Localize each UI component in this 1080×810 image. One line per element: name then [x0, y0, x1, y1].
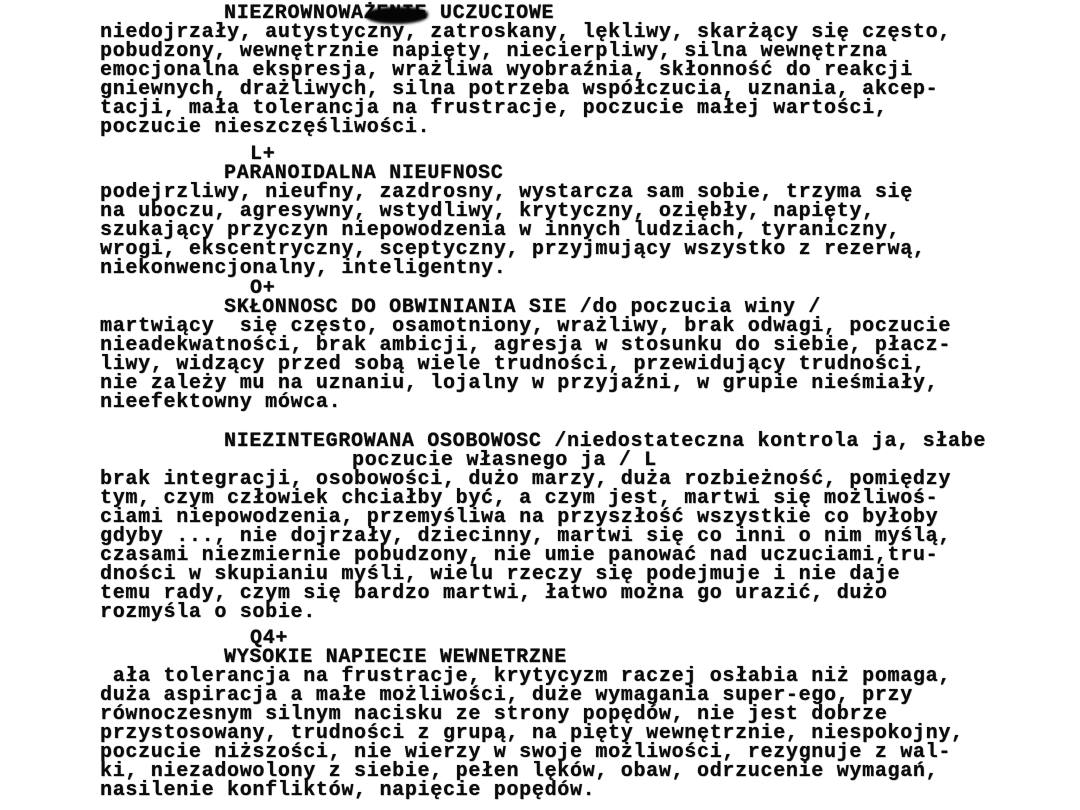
section-niezintegrowana-osobowosc: NIEZINTEGROWANA OSOBOWOSC /niedostateczn… [100, 432, 1030, 622]
text-line: nasilenie konfliktów, napięcie popędów. [100, 781, 1030, 800]
ink-smudge [366, 7, 428, 24]
section-paranoidalna-nieufnosc: L+ PARANOIDALNA NIEUFNOSC podejrzliwy, n… [100, 145, 1030, 278]
section-niezrownowazenie-uczuciowe: NIEZROWNOWAŻENIE UCZUCIOWE niedojrzały, … [100, 4, 1030, 137]
text-line: rozmyśla o sobie. [100, 603, 1030, 622]
text-line: poczucie nieszczęśliwości. [100, 118, 1030, 137]
section-sklonnosc-do-obwiniania-sie: O+ SKŁONNOSC DO OBWINIANIA SIE /do poczu… [100, 279, 1030, 412]
text-line: nieefektowny mówca. [100, 393, 1030, 412]
text-line: niekonwencjonalny, inteligentny. [100, 259, 1030, 278]
scanned-document-page: NIEZROWNOWAŻENIE UCZUCIOWE niedojrzały, … [0, 0, 1080, 810]
section-wysokie-napiecie-wewnetrzne: Q4+ WYSOKIE NAPIECIE WEWNETRZNE ała tole… [100, 629, 1030, 800]
